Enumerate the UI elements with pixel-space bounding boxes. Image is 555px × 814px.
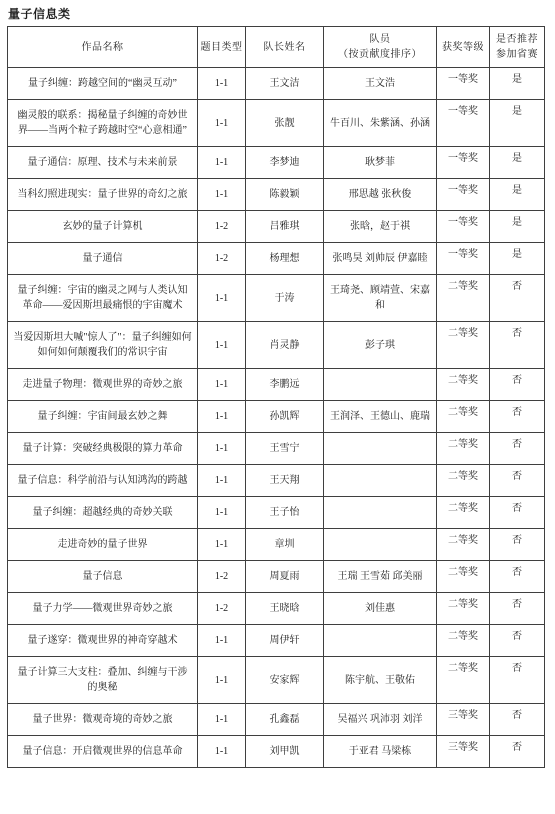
col-header-topic-type: 题目类型 [198,27,246,68]
work-title-cell: 量子纠缠：宇宙的幽灵之网与人类认知革命——爱因斯坦最痛恨的宇宙魔术 [8,275,198,322]
members-cell: 张鸣昊 刘帅辰 伊嘉睦 [324,243,437,275]
col-header-award-level: 获奖等级 [437,27,490,68]
captain-name-cell: 王天翔 [246,465,324,497]
captain-name-cell: 吕雅琪 [246,211,324,243]
recommend-cell: 否 [490,625,545,657]
members-cell: 王琦尧、顾靖萱、宋嘉和 [324,275,437,322]
award-level-cell: 二等奖 [437,369,490,401]
recommend-cell: 否 [490,593,545,625]
topic-type-cell: 1-2 [198,211,246,243]
work-title-cell: 量子信息：开启微观世界的信息革命 [8,736,198,768]
document-page: 量子信息类 作品名称 题目类型 队长姓名 队员 （按贡献度排序） 获奖等级 是否… [0,0,555,768]
topic-type-cell: 1-2 [198,243,246,275]
work-title-cell: 量子计算三大支柱：叠加、纠缠与干涉的奥秘 [8,657,198,704]
table-row: 走进奇妙的量子世界 1-1 章圳 二等奖 否 [8,529,545,561]
table-row: 量子遂穿：微观世界的神奇穿越术 1-1 周伊轩 二等奖 否 [8,625,545,657]
col-header-recommend: 是否推荐 参加省赛 [490,27,545,68]
members-cell: 王润泽、王德山、鹿瑞 [324,401,437,433]
table-row: 量子信息：科学前沿与认知鸿沟的跨越 1-1 王天翔 二等奖 否 [8,465,545,497]
col-header-members-line2: （按贡献度排序） [326,47,434,62]
work-title-cell: 量子纠缠：跨越空间的“幽灵互动” [8,68,198,100]
col-header-captain-name: 队长姓名 [246,27,324,68]
table-row: 幽灵般的联系：揭秘量子纠缠的奇妙世界——当两个粒子跨越时空“心意相通” 1-1 … [8,100,545,147]
recommend-cell: 否 [490,369,545,401]
work-title-cell: 量子信息 [8,561,198,593]
captain-name-cell: 王子怡 [246,497,324,529]
recommend-cell: 是 [490,68,545,100]
work-title-cell: 当爱因斯坦大喊"惊人了"：量子纠缠如何如何如何颠覆我们的常识宇宙 [8,322,198,369]
captain-name-cell: 安家辉 [246,657,324,704]
captain-name-cell: 杨理想 [246,243,324,275]
work-title-cell: 量子计算：突破经典极限的算力革命 [8,433,198,465]
recommend-cell: 否 [490,657,545,704]
work-title-cell: 量子纠缠：宇宙间最玄妙之舞 [8,401,198,433]
work-title-cell: 走进量子物理：微观世界的奇妙之旅 [8,369,198,401]
table-row: 走进量子物理：微观世界的奇妙之旅 1-1 李鹏远 二等奖 否 [8,369,545,401]
work-title-cell: 量子纠缠：超越经典的奇妙关联 [8,497,198,529]
results-table: 作品名称 题目类型 队长姓名 队员 （按贡献度排序） 获奖等级 是否推荐 参加省… [7,26,545,768]
recommend-cell: 是 [490,211,545,243]
captain-name-cell: 刘甲凯 [246,736,324,768]
recommend-cell: 否 [490,704,545,736]
recommend-cell: 否 [490,401,545,433]
award-level-cell: 二等奖 [437,657,490,704]
topic-type-cell: 1-1 [198,68,246,100]
members-cell: 王文浩 [324,68,437,100]
table-row: 玄妙的量子计算机 1-2 吕雅琪 张晗，赵于祺 一等奖 是 [8,211,545,243]
table-row: 量子通信：原理、技术与未来前景 1-1 李梦迪 耿梦菲 一等奖 是 [8,147,545,179]
members-cell [324,433,437,465]
award-level-cell: 一等奖 [437,147,490,179]
topic-type-cell: 1-1 [198,179,246,211]
award-level-cell: 二等奖 [437,625,490,657]
table-row: 量子信息：开启微观世界的信息革命 1-1 刘甲凯 于亚君 马梁栋 三等奖 否 [8,736,545,768]
work-title-cell: 当科幻照进现实：量子世界的奇幻之旅 [8,179,198,211]
page-title: 量子信息类 [8,5,555,22]
captain-name-cell: 李梦迪 [246,147,324,179]
work-title-cell: 量子世界：微观奇境的奇妙之旅 [8,704,198,736]
award-level-cell: 二等奖 [437,322,490,369]
members-cell [324,497,437,529]
topic-type-cell: 1-1 [198,465,246,497]
recommend-cell: 是 [490,243,545,275]
award-level-cell: 二等奖 [437,275,490,322]
topic-type-cell: 1-1 [198,625,246,657]
topic-type-cell: 1-1 [198,433,246,465]
award-level-cell: 三等奖 [437,704,490,736]
award-level-cell: 二等奖 [437,529,490,561]
members-cell [324,465,437,497]
members-cell: 吴福兴 巩沛羽 刘洋 [324,704,437,736]
award-level-cell: 一等奖 [437,100,490,147]
work-title-cell: 量子信息：科学前沿与认知鸿沟的跨越 [8,465,198,497]
topic-type-cell: 1-2 [198,593,246,625]
members-cell: 彭子琪 [324,322,437,369]
table-row: 量子纠缠：跨越空间的“幽灵互动” 1-1 王文洁 王文浩 一等奖 是 [8,68,545,100]
award-level-cell: 二等奖 [437,497,490,529]
members-cell [324,529,437,561]
table-row: 量子纠缠：宇宙的幽灵之网与人类认知革命——爱因斯坦最痛恨的宇宙魔术 1-1 于涛… [8,275,545,322]
award-level-cell: 二等奖 [437,465,490,497]
recommend-cell: 是 [490,147,545,179]
work-title-cell: 玄妙的量子计算机 [8,211,198,243]
members-cell: 邢思越 张秋俊 [324,179,437,211]
table-row: 量子通信 1-2 杨理想 张鸣昊 刘帅辰 伊嘉睦 一等奖 是 [8,243,545,275]
topic-type-cell: 1-1 [198,497,246,529]
captain-name-cell: 陈毅颖 [246,179,324,211]
col-header-members: 队员 （按贡献度排序） [324,27,437,68]
award-level-cell: 二等奖 [437,401,490,433]
award-level-cell: 二等奖 [437,433,490,465]
members-cell: 陈宇航、王敬佑 [324,657,437,704]
recommend-cell: 否 [490,433,545,465]
recommend-cell: 否 [490,275,545,322]
work-title-cell: 走进奇妙的量子世界 [8,529,198,561]
table-row: 量子世界：微观奇境的奇妙之旅 1-1 孔鑫磊 吴福兴 巩沛羽 刘洋 三等奖 否 [8,704,545,736]
recommend-cell: 否 [490,561,545,593]
topic-type-cell: 1-1 [198,704,246,736]
captain-name-cell: 张靓 [246,100,324,147]
topic-type-cell: 1-1 [198,401,246,433]
award-level-cell: 一等奖 [437,179,490,211]
captain-name-cell: 李鹏远 [246,369,324,401]
award-level-cell: 一等奖 [437,211,490,243]
captain-name-cell: 王晓晗 [246,593,324,625]
topic-type-cell: 1-1 [198,657,246,704]
work-title-cell: 量子力学——微观世界奇妙之旅 [8,593,198,625]
captain-name-cell: 王文洁 [246,68,324,100]
work-title-cell: 量子通信 [8,243,198,275]
topic-type-cell: 1-2 [198,561,246,593]
table-row: 量子纠缠：超越经典的奇妙关联 1-1 王子怡 二等奖 否 [8,497,545,529]
members-cell: 张晗，赵于祺 [324,211,437,243]
award-level-cell: 一等奖 [437,243,490,275]
table-row: 量子计算三大支柱：叠加、纠缠与干涉的奥秘 1-1 安家辉 陈宇航、王敬佑 二等奖… [8,657,545,704]
topic-type-cell: 1-1 [198,100,246,147]
col-header-members-line1: 队员 [326,32,434,47]
members-cell: 牛百川、朱紫涵、孙涵 [324,100,437,147]
topic-type-cell: 1-1 [198,529,246,561]
table-row: 量子计算：突破经典极限的算力革命 1-1 王雪宁 二等奖 否 [8,433,545,465]
col-header-recommend-line2: 参加省赛 [492,47,542,62]
members-cell: 耿梦菲 [324,147,437,179]
topic-type-cell: 1-1 [198,736,246,768]
captain-name-cell: 孔鑫磊 [246,704,324,736]
recommend-cell: 是 [490,100,545,147]
captain-name-cell: 章圳 [246,529,324,561]
members-cell [324,625,437,657]
members-cell: 于亚君 马梁栋 [324,736,437,768]
recommend-cell: 是 [490,179,545,211]
recommend-cell: 否 [490,497,545,529]
award-level-cell: 一等奖 [437,68,490,100]
captain-name-cell: 肖灵静 [246,322,324,369]
work-title-cell: 量子遂穿：微观世界的神奇穿越术 [8,625,198,657]
recommend-cell: 否 [490,322,545,369]
table-row: 量子纠缠：宇宙间最玄妙之舞 1-1 孙凯辉 王润泽、王德山、鹿瑞 二等奖 否 [8,401,545,433]
table-body: 量子纠缠：跨越空间的“幽灵互动” 1-1 王文洁 王文浩 一等奖 是 幽灵般的联… [8,68,545,768]
captain-name-cell: 于涛 [246,275,324,322]
captain-name-cell: 孙凯辉 [246,401,324,433]
award-level-cell: 三等奖 [437,736,490,768]
header-row: 作品名称 题目类型 队长姓名 队员 （按贡献度排序） 获奖等级 是否推荐 参加省… [8,27,545,68]
work-title-cell: 幽灵般的联系：揭秘量子纠缠的奇妙世界——当两个粒子跨越时空“心意相通” [8,100,198,147]
topic-type-cell: 1-1 [198,322,246,369]
captain-name-cell: 王雪宁 [246,433,324,465]
captain-name-cell: 周伊轩 [246,625,324,657]
topic-type-cell: 1-1 [198,369,246,401]
work-title-cell: 量子通信：原理、技术与未来前景 [8,147,198,179]
topic-type-cell: 1-1 [198,275,246,322]
col-header-work-title: 作品名称 [8,27,198,68]
recommend-cell: 否 [490,529,545,561]
members-cell: 刘佳惠 [324,593,437,625]
members-cell: 王瑞 王雪茹 邱美丽 [324,561,437,593]
col-header-recommend-line1: 是否推荐 [492,32,542,47]
members-cell [324,369,437,401]
table-row: 量子信息 1-2 周夏雨 王瑞 王雪茹 邱美丽 二等奖 否 [8,561,545,593]
table-row: 量子力学——微观世界奇妙之旅 1-2 王晓晗 刘佳惠 二等奖 否 [8,593,545,625]
captain-name-cell: 周夏雨 [246,561,324,593]
recommend-cell: 否 [490,465,545,497]
award-level-cell: 二等奖 [437,561,490,593]
table-row: 当爱因斯坦大喊"惊人了"：量子纠缠如何如何如何颠覆我们的常识宇宙 1-1 肖灵静… [8,322,545,369]
recommend-cell: 否 [490,736,545,768]
award-level-cell: 二等奖 [437,593,490,625]
topic-type-cell: 1-1 [198,147,246,179]
table-row: 当科幻照进现实：量子世界的奇幻之旅 1-1 陈毅颖 邢思越 张秋俊 一等奖 是 [8,179,545,211]
